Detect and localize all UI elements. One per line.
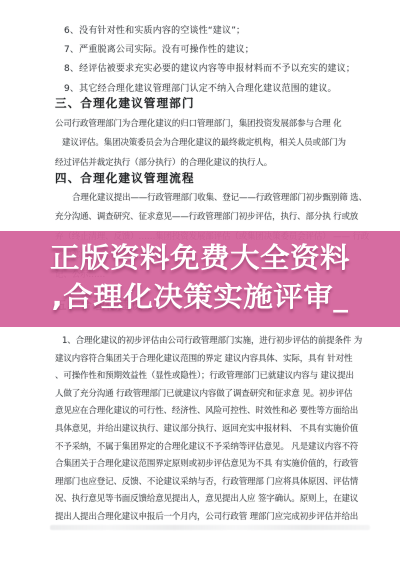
document-page: 6、没有针对性和实质内容的空谈性“建议”； 7、严重脱离公司实际。没有可操作性的…: [0, 0, 400, 565]
paragraph-line: 建议内容符合集团关于合理化建议范围的界定 建议内容具体、实际，具有 针对性: [55, 351, 371, 369]
paragraph-line: 合集团关于合理化建议范围界定原则或初步评估意见为不具 有实施价值的，行政管: [55, 456, 371, 474]
paragraph-line: 具体意见，并给出建议执行、建议部分执行、返回充实申报材料、 不具有实施价值: [55, 421, 371, 439]
paragraph-line: 理部门也应登记、反馈、不论建议采纳与否，行政管理部 门应将具体原因、评估情: [55, 474, 371, 492]
promo-banner-title-line1: 正版资料免费大全资料: [0, 241, 400, 277]
paragraph-line: 建议评估。集团决策委员会为合理化建议的最终裁定机构，相关人员或部门为: [55, 134, 371, 153]
section-heading-management-department: 三、合理化建议管理部门: [55, 95, 195, 111]
list-item: 6、没有针对性和实质内容的空谈性“建议”；: [64, 22, 374, 41]
promo-overlay-banner: 正版资料免费大全资料 ,合理化决策实施评审_: [0, 231, 400, 327]
list-item: 7、严重脱离公司实际。没有可操作性的建议；: [64, 41, 374, 60]
paragraph-line: 1、合理化建议的初步评估由公司行政管理部门实施，进行初步评估的前提条件 为: [55, 333, 371, 351]
paragraph-line: 人做了充分沟通 行政管理部门已就建议内容做了调查研究和征求意 见。初步评估: [55, 386, 371, 404]
faded-text-line: [50, 525, 370, 530]
paragraph-line: 意见应在合理化建议的可行性、经济性、风险可控性、时效性和必 要性等方面给出: [55, 403, 371, 421]
suggestion-exclusion-list: 6、没有针对性和实质内容的空谈性“建议”； 7、严重脱离公司实际。没有可操作性的…: [64, 22, 374, 99]
paragraph-line: 、可操作性和预期效益性（显性或隐性）；行政管理部门已就建议内容与 建议提出: [55, 368, 371, 386]
section3-paragraph: 公司行政管理部门为合理化建议的归口管理部门，集团投资发展部参与合理 化 建议评估…: [55, 115, 371, 173]
section-heading-management-process: 四、合理化建议管理流程: [55, 170, 195, 186]
paragraph-line: 充分沟通、调查研究、征求意见——行政管理部门初步评估，执行、部分执 行或放: [55, 208, 371, 227]
paragraph-line: 况、执行意见等书面反馈给意见提出人，意见提出人应 签字确认。原则上，在建议: [55, 491, 371, 509]
paragraph-line: 不予采纳，不属于集团界定的合理化建议不予采纳等评估意见。 凡是建议内容不符: [55, 439, 371, 457]
evaluation-paragraph: 1、合理化建议的初步评估由公司行政管理部门实施，进行初步评估的前提条件 为 建议…: [55, 333, 371, 527]
paragraph-line: 公司行政管理部门为合理化建议的归口管理部门，集团投资发展部参与合理 化: [55, 115, 371, 134]
paragraph-line: 提出人提出合理化建议申报后一个月内，公司行政管 理部门应完成初步评估并给出: [55, 509, 371, 527]
promo-banner-title-line2: ,合理化决策实施评审_: [0, 280, 400, 316]
list-item: 8、经评估被要求充实必要的建议内容等申报材料而不予以充实的建议；: [64, 60, 374, 79]
paragraph-line: 合理化建议提出——行政管理部门收集、登记——行政管理部门初步甄别筛 选、: [55, 189, 371, 208]
